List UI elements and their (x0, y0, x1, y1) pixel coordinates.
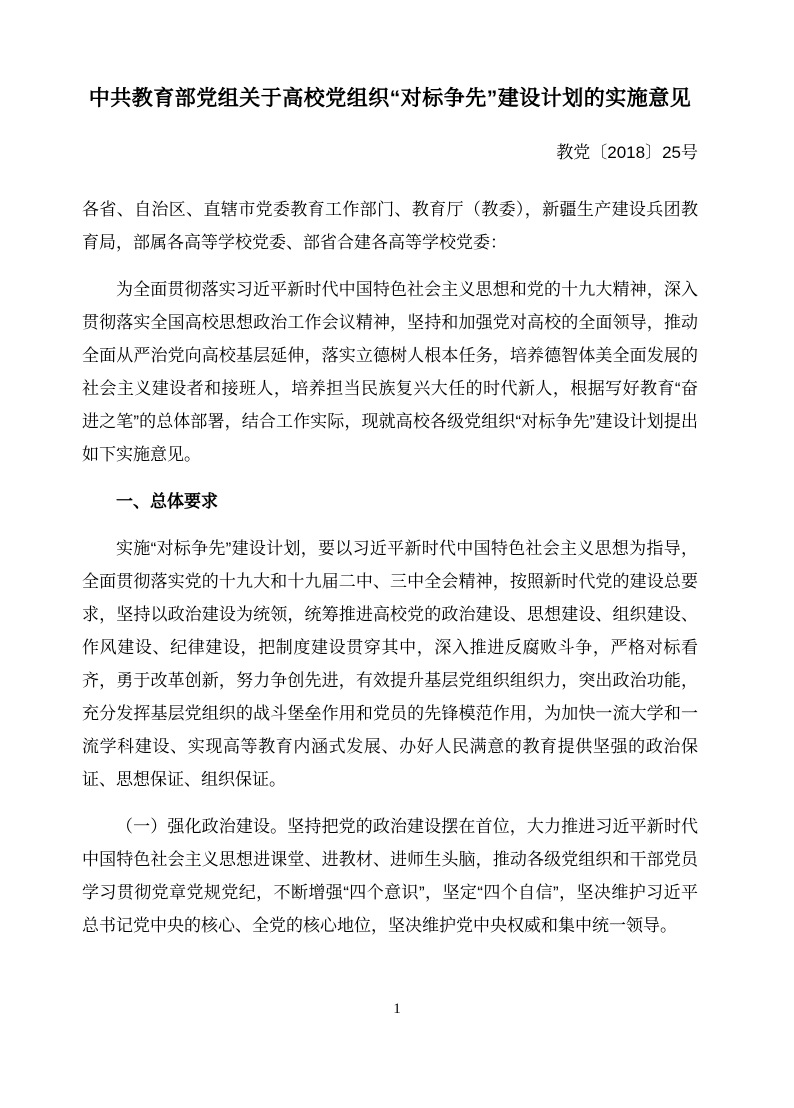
general-requirements-paragraph: 实施“对标争先”建设计划，要以习近平新时代中国特色社会主义思想为指导，全面贯彻落… (82, 532, 698, 796)
political-construction-paragraph: （一）强化政治建设。坚持把党的政治建设摆在首位，大力推进习近平新时代中国特色社会… (82, 810, 698, 942)
section-heading-general-requirements: 一、总体要求 (82, 485, 698, 518)
document-title: 中共教育部党组关于高校党组织“对标争先”建设计划的实施意见 (82, 84, 698, 114)
intro-paragraph: 为全面贯彻落实习近平新时代中国特色社会主义思想和党的十九大精神，深入贯彻落实全国… (82, 273, 698, 471)
document-page: 中共教育部党组关于高校党组织“对标争先”建设计划的实施意见 教党〔2018〕25… (0, 0, 794, 1108)
page-number: 1 (0, 1000, 794, 1018)
document-number: 教党〔2018〕25号 (82, 136, 698, 169)
addressee-paragraph: 各省、自治区、直辖市党委教育工作部门、教育厅（教委），新疆生产建设兵团教育局，部… (82, 193, 698, 259)
